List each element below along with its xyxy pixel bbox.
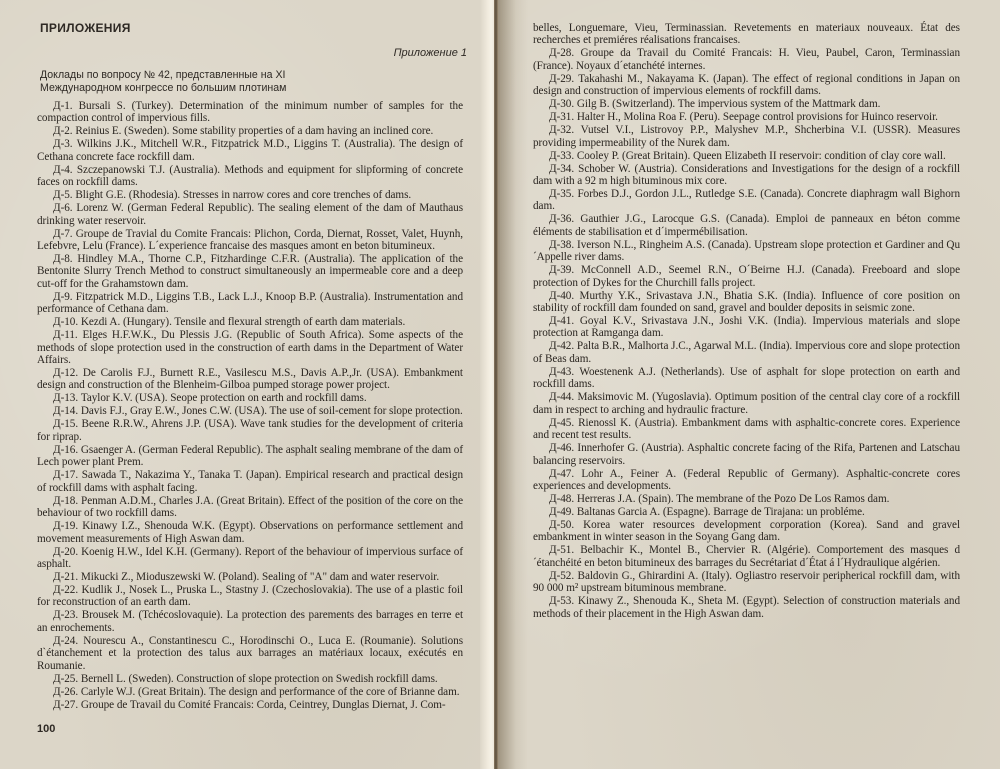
entry-code: Д-23. [53, 609, 78, 621]
entry-code: Д-43. [549, 366, 574, 378]
entry-code: Д-24. [53, 635, 78, 647]
reference-entry: Д-19. Kinawy I.Z., Shenouda W.K. (Egypt)… [37, 520, 463, 545]
entry-text: Herreras J.A. (Spain). The membrane of t… [577, 493, 890, 505]
reference-entry: Д-46. Innerhofer G. (Austria). Asphaltic… [533, 442, 960, 467]
reference-entry: Д-48. Herreras J.A. (Spain). The membran… [533, 493, 960, 505]
gutter-shadow [498, 0, 528, 769]
entry-code: Д-32. [549, 124, 574, 136]
reference-entry: Д-13. Taylor K.V. (USA). Seope protectio… [37, 392, 463, 404]
entry-code: Д-21. [53, 571, 78, 583]
entry-code: Д-34. [549, 163, 574, 175]
entry-text: Bursali S. (Turkey). Determination of th… [37, 100, 463, 124]
reference-entry: Д-2. Reinius E. (Sweden). Some stability… [37, 125, 463, 137]
entry-text: Kudlik J., Nosek L., Pruska L., Stastny … [37, 584, 463, 608]
reference-entry: Д-26. Carlyle W.J. (Great Britain). The … [37, 686, 463, 698]
reference-entry: Д-28. Groupe da Travail du Comité Franca… [533, 47, 960, 72]
reference-entry: Д-47. Lohr A., Feiner A. (Federal Republ… [533, 468, 960, 493]
entry-code: Д-31. [549, 111, 574, 123]
entry-text: Kinawy Z., Shenouda K., Sheta M. (Egypt)… [533, 595, 960, 619]
entry-text: Gilg B. (Switzerland). The impervious sy… [577, 98, 881, 110]
entry-text: McConnell A.D., Seemel R.N., O´Beirne H.… [533, 264, 960, 288]
entry-text: Penman A.D.M., Charles J.A. (Great Brita… [37, 495, 463, 519]
entry-text: Baltanas Garcia A. (Espagne). Barrage de… [577, 506, 865, 518]
entry-code: Д-47. [549, 468, 574, 480]
entry-code: Д-25. [53, 673, 78, 685]
entry-code: Д-46. [549, 442, 574, 454]
reference-entry: Д-1. Bursali S. (Turkey). Determination … [37, 100, 463, 125]
entry-code: Д-41. [549, 315, 574, 327]
reference-list-left: Д-1. Bursali S. (Turkey). Determination … [37, 100, 463, 712]
entry-code: Д-15. [53, 418, 78, 430]
entry-text: Murthy Y.K., Srivastava J.N., Bhatia S.K… [533, 290, 960, 314]
reference-entry: Д-11. Elges H.F.W.K., Du Plessis J.G. (R… [37, 329, 463, 366]
reference-entry: Д-49. Baltanas Garcia A. (Espagne). Barr… [533, 506, 960, 518]
entry-text: Gsaenger A. (German Federal Republic). T… [37, 444, 463, 468]
reference-entry: Д-9. Fitzpatrick M.D., Liggins T.B., Lac… [37, 291, 463, 316]
entry-text: Groupe da Travail du Comité Francais: H.… [533, 47, 960, 71]
entry-text: Mikucki Z., Mioduszewski W. (Poland). Se… [81, 571, 439, 583]
reference-entry: Д-27. Groupe de Travail du Comité Franca… [37, 699, 463, 711]
entry-text: Palta B.R., Malhorta J.C., Agarwal M.L. … [533, 340, 960, 364]
entry-code: Д-13. [53, 392, 78, 404]
entry-code: Д-49. [549, 506, 574, 518]
entry-code: Д-14. [53, 405, 78, 417]
section-header: ПРИЛОЖЕНИЯ [40, 21, 131, 35]
entry-code: Д-50. [549, 519, 574, 531]
entry-code: Д-33. [549, 150, 574, 162]
entry-text: Forbes D.J., Gordon J.L., Rutledge S.E. … [533, 188, 960, 212]
entry-text: Woestenenk A.J. (Netherlands). Use of as… [533, 366, 960, 390]
subtitle-line-1: Доклады по вопросу № 42, представленные … [40, 69, 440, 82]
right-page: belles, Longuemare, Vieu, Terminassian. … [500, 0, 1000, 769]
entry-code: Д-39. [549, 264, 574, 276]
reference-entry: Д-32. Vutsel V.I., Listrovoy P.P., Malys… [533, 124, 960, 149]
entry-text: Davis F.J., Gray E.W., Jones C.W. (USA).… [81, 405, 463, 417]
entry-text: Iverson N.L., Ringheim A.S. (Canada). Up… [533, 239, 960, 263]
entry-code: Д-53. [549, 595, 574, 607]
entry-code: Д-1. [53, 100, 73, 112]
reference-entry: Д-36. Gauthier J.G., Larocque G.S. (Cana… [533, 213, 960, 238]
reference-entry: Д-7. Groupe de Travial du Comite Francai… [37, 228, 463, 253]
entry-text: Schober W. (Austria). Considerations and… [533, 163, 960, 187]
reference-entry: Д-22. Kudlik J., Nosek L., Pruska L., St… [37, 584, 463, 609]
reference-entry: Д-35. Forbes D.J., Gordon J.L., Rutledge… [533, 188, 960, 213]
reference-entry: Д-51. Belbachir K., Montel B., Chervier … [533, 544, 960, 569]
entry-code: Д-45. [549, 417, 574, 429]
entry-code: Д-30. [549, 98, 574, 110]
continued-entry: belles, Longuemare, Vieu, Terminassian. … [533, 22, 960, 47]
reference-entry: Д-33. Cooley P. (Great Britain). Queen E… [533, 150, 960, 162]
entry-text: Blight G.E. (Rhodesia). Stresses in narr… [75, 189, 411, 201]
entry-code: Д-9. [53, 291, 73, 303]
entry-text: Taylor K.V. (USA). Seope protection on e… [81, 392, 367, 404]
reference-entry: Д-25. Bernell L. (Sweden). Construction … [37, 673, 463, 685]
entry-code: Д-48. [549, 493, 574, 505]
entry-text: Elges H.F.W.K., Du Plessis J.G. (Republi… [37, 329, 463, 366]
entry-code: Д-7. [53, 228, 73, 240]
entry-code: Д-28. [549, 47, 574, 59]
entry-text: Szczepanowski T.J. (Australia). Methods … [37, 164, 463, 188]
appendix-label: Приложение 1 [394, 47, 467, 59]
entry-code: Д-18. [53, 495, 78, 507]
subtitle-line-2: Международном конгрессе по большим плоти… [40, 82, 440, 95]
entry-text: Koenig H.W., Idel K.H. (Germany). Report… [37, 546, 463, 570]
entry-text: Kezdi A. (Hungary). Tensile and flexural… [81, 316, 405, 328]
entry-code: Д-12. [53, 367, 78, 379]
entry-text: Maksimovic M. (Yugoslavia). Optimum posi… [533, 391, 960, 415]
page-number: 100 [37, 723, 55, 735]
reference-entry: Д-23. Brousek M. (Tchécoslovaquie). La p… [37, 609, 463, 634]
reference-entry: Д-15. Beene R.R.W., Ahrens J.P. (USA). W… [37, 418, 463, 443]
reference-entry: Д-18. Penman A.D.M., Charles J.A. (Great… [37, 495, 463, 520]
entry-text: Beene R.R.W., Ahrens J.P. (USA). Wave ta… [37, 418, 463, 442]
entry-text: Carlyle W.J. (Great Britain). The design… [81, 686, 460, 698]
reference-entry: Д-44. Maksimovic M. (Yugoslavia). Optimu… [533, 391, 960, 416]
entry-code: Д-26. [53, 686, 78, 698]
entry-text: Wilkins J.K., Mitchell W.R., Fitzpatrick… [37, 138, 463, 162]
entry-text: De Carolis F.J., Burnett R.E., Vasilescu… [37, 367, 463, 391]
entry-code: Д-51. [549, 544, 574, 556]
left-page: ПРИЛОЖЕНИЯ Приложение 1 Доклады по вопро… [0, 0, 492, 769]
entry-text: Lorenz W. (German Federal Republic). The… [37, 202, 463, 226]
entry-text: Lohr A., Feiner A. (Federal Republic of … [533, 468, 960, 492]
reference-entry: Д-41. Goyal K.V., Srivastava J.N., Joshi… [533, 315, 960, 340]
reference-entry: Д-21. Mikucki Z., Mioduszewski W. (Polan… [37, 571, 463, 583]
entry-text: Fitzpatrick M.D., Liggins T.B., Lack L.J… [37, 291, 463, 315]
entry-text: Gauthier J.G., Larocque G.S. (Canada). E… [533, 213, 960, 237]
entry-text: Vutsel V.I., Listrovoy P.P., Malyshev M.… [533, 124, 960, 148]
book-spread: ПРИЛОЖЕНИЯ Приложение 1 Доклады по вопро… [0, 0, 1000, 769]
entry-code: Д-52. [549, 570, 574, 582]
entry-text: Baldovin G., Ghirardini A. (Italy). Ogli… [533, 570, 960, 594]
reference-entry: Д-43. Woestenenk A.J. (Netherlands). Use… [533, 366, 960, 391]
entry-code: Д-6. [53, 202, 73, 214]
entry-text: Groupe de Travial du Comite Francais: Pl… [37, 228, 463, 252]
reference-entry: Д-17. Sawada T., Nakazima Y., Tanaka T. … [37, 469, 463, 494]
entry-code: Д-19. [53, 520, 78, 532]
entry-text: Takahashi M., Nakayama K. (Japan). The e… [533, 73, 960, 97]
entry-code: Д-17. [53, 469, 78, 481]
reference-entry: Д-29. Takahashi M., Nakayama K. (Japan).… [533, 73, 960, 98]
entry-code: Д-2. [53, 125, 73, 137]
entry-code: Д-11. [53, 329, 78, 341]
reference-entry: Д-10. Kezdi A. (Hungary). Tensile and fl… [37, 316, 463, 328]
reference-entry: Д-20. Koenig H.W., Idel K.H. (Germany). … [37, 546, 463, 571]
reference-list-right: belles, Longuemare, Vieu, Terminassian. … [533, 22, 960, 621]
entry-code: Д-10. [53, 316, 78, 328]
reference-entry: Д-6. Lorenz W. (German Federal Republic)… [37, 202, 463, 227]
reference-entry: Д-12. De Carolis F.J., Burnett R.E., Vas… [37, 367, 463, 392]
reference-entry: Д-50. Korea water resources development … [533, 519, 960, 544]
entry-code: Д-42. [549, 340, 574, 352]
entry-text: Halter H., Molina Roa F. (Peru). Seepage… [577, 111, 938, 123]
entry-code: Д-20. [53, 546, 78, 558]
entry-code: Д-8. [53, 253, 73, 265]
reference-entry: Д-30. Gilg B. (Switzerland). The impervi… [533, 98, 960, 110]
reference-entry: Д-4. Szczepanowski T.J. (Australia). Met… [37, 164, 463, 189]
entry-text: Sawada T., Nakazima Y., Tanaka T. (Japan… [37, 469, 463, 493]
reference-entry: Д-3. Wilkins J.K., Mitchell W.R., Fitzpa… [37, 138, 463, 163]
reference-entry: Д-8. Hindley M.A., Thorne C.P., Fitzhard… [37, 253, 463, 290]
entry-code: Д-22. [53, 584, 78, 596]
subtitle: Доклады по вопросу № 42, представленные … [40, 69, 440, 95]
reference-entry: Д-31. Halter H., Molina Roa F. (Peru). S… [533, 111, 960, 123]
entry-code: Д-16. [53, 444, 78, 456]
reference-entry: Д-53. Kinawy Z., Shenouda K., Sheta M. (… [533, 595, 960, 620]
entry-text: Kinawy I.Z., Shenouda W.K. (Egypt). Obse… [37, 520, 463, 544]
entry-code: Д-36. [549, 213, 574, 225]
entry-code: Д-27. [53, 699, 78, 711]
entry-text: Brousek M. (Tchécoslovaquie). La protect… [37, 609, 463, 633]
entry-text: Belbachir K., Montel B., Chervier R. (Al… [533, 544, 960, 568]
reference-entry: Д-24. Nourescu A., Constantinescu C., Ho… [37, 635, 463, 672]
reference-entry: Д-52. Baldovin G., Ghirardini A. (Italy)… [533, 570, 960, 595]
reference-entry: Д-45. Rienossl K. (Austria). Embankment … [533, 417, 960, 442]
entry-text: Rienossl K. (Austria). Embankment dams w… [533, 417, 960, 441]
entry-code: Д-44. [549, 391, 574, 403]
entry-text: Innerhofer G. (Austria). Asphaltic concr… [533, 442, 960, 466]
reference-entry: Д-16. Gsaenger A. (German Federal Republ… [37, 444, 463, 469]
reference-entry: Д-40. Murthy Y.K., Srivastava J.N., Bhat… [533, 290, 960, 315]
entry-code: Д-3. [53, 138, 73, 150]
entry-code: Д-35. [549, 188, 574, 200]
entry-code: Д-5. [53, 189, 73, 201]
entry-text: Korea water resources development corpor… [533, 519, 960, 543]
book-spine [494, 0, 498, 769]
entry-code: Д-29. [549, 73, 574, 85]
entry-text: Cooley P. (Great Britain). Queen Elizabe… [577, 150, 946, 162]
entry-text: Goyal K.V., Srivastava J.N., Joshi V.K. … [533, 315, 960, 339]
reference-entry: Д-38. Iverson N.L., Ringheim A.S. (Canad… [533, 239, 960, 264]
reference-entry: Д-34. Schober W. (Austria). Consideratio… [533, 163, 960, 188]
entry-text: Hindley M.A., Thorne C.P., Fitzhardinge … [37, 253, 463, 290]
entry-code: Д-4. [53, 164, 73, 176]
entry-code: Д-40. [549, 290, 574, 302]
reference-entry: Д-5. Blight G.E. (Rhodesia). Stresses in… [37, 189, 463, 201]
entry-text: Reinius E. (Sweden). Some stability prop… [75, 125, 433, 137]
entry-text: Bernell L. (Sweden). Construction of slo… [81, 673, 438, 685]
reference-entry: Д-39. McConnell A.D., Seemel R.N., O´Bei… [533, 264, 960, 289]
entry-code: Д-38. [549, 239, 574, 251]
entry-text: Nourescu A., Constantinescu C., Horodins… [37, 635, 463, 672]
reference-entry: Д-42. Palta B.R., Malhorta J.C., Agarwal… [533, 340, 960, 365]
reference-entry: Д-14. Davis F.J., Gray E.W., Jones C.W. … [37, 405, 463, 417]
entry-text: Groupe de Travail du Comité Francais: Co… [81, 699, 446, 711]
